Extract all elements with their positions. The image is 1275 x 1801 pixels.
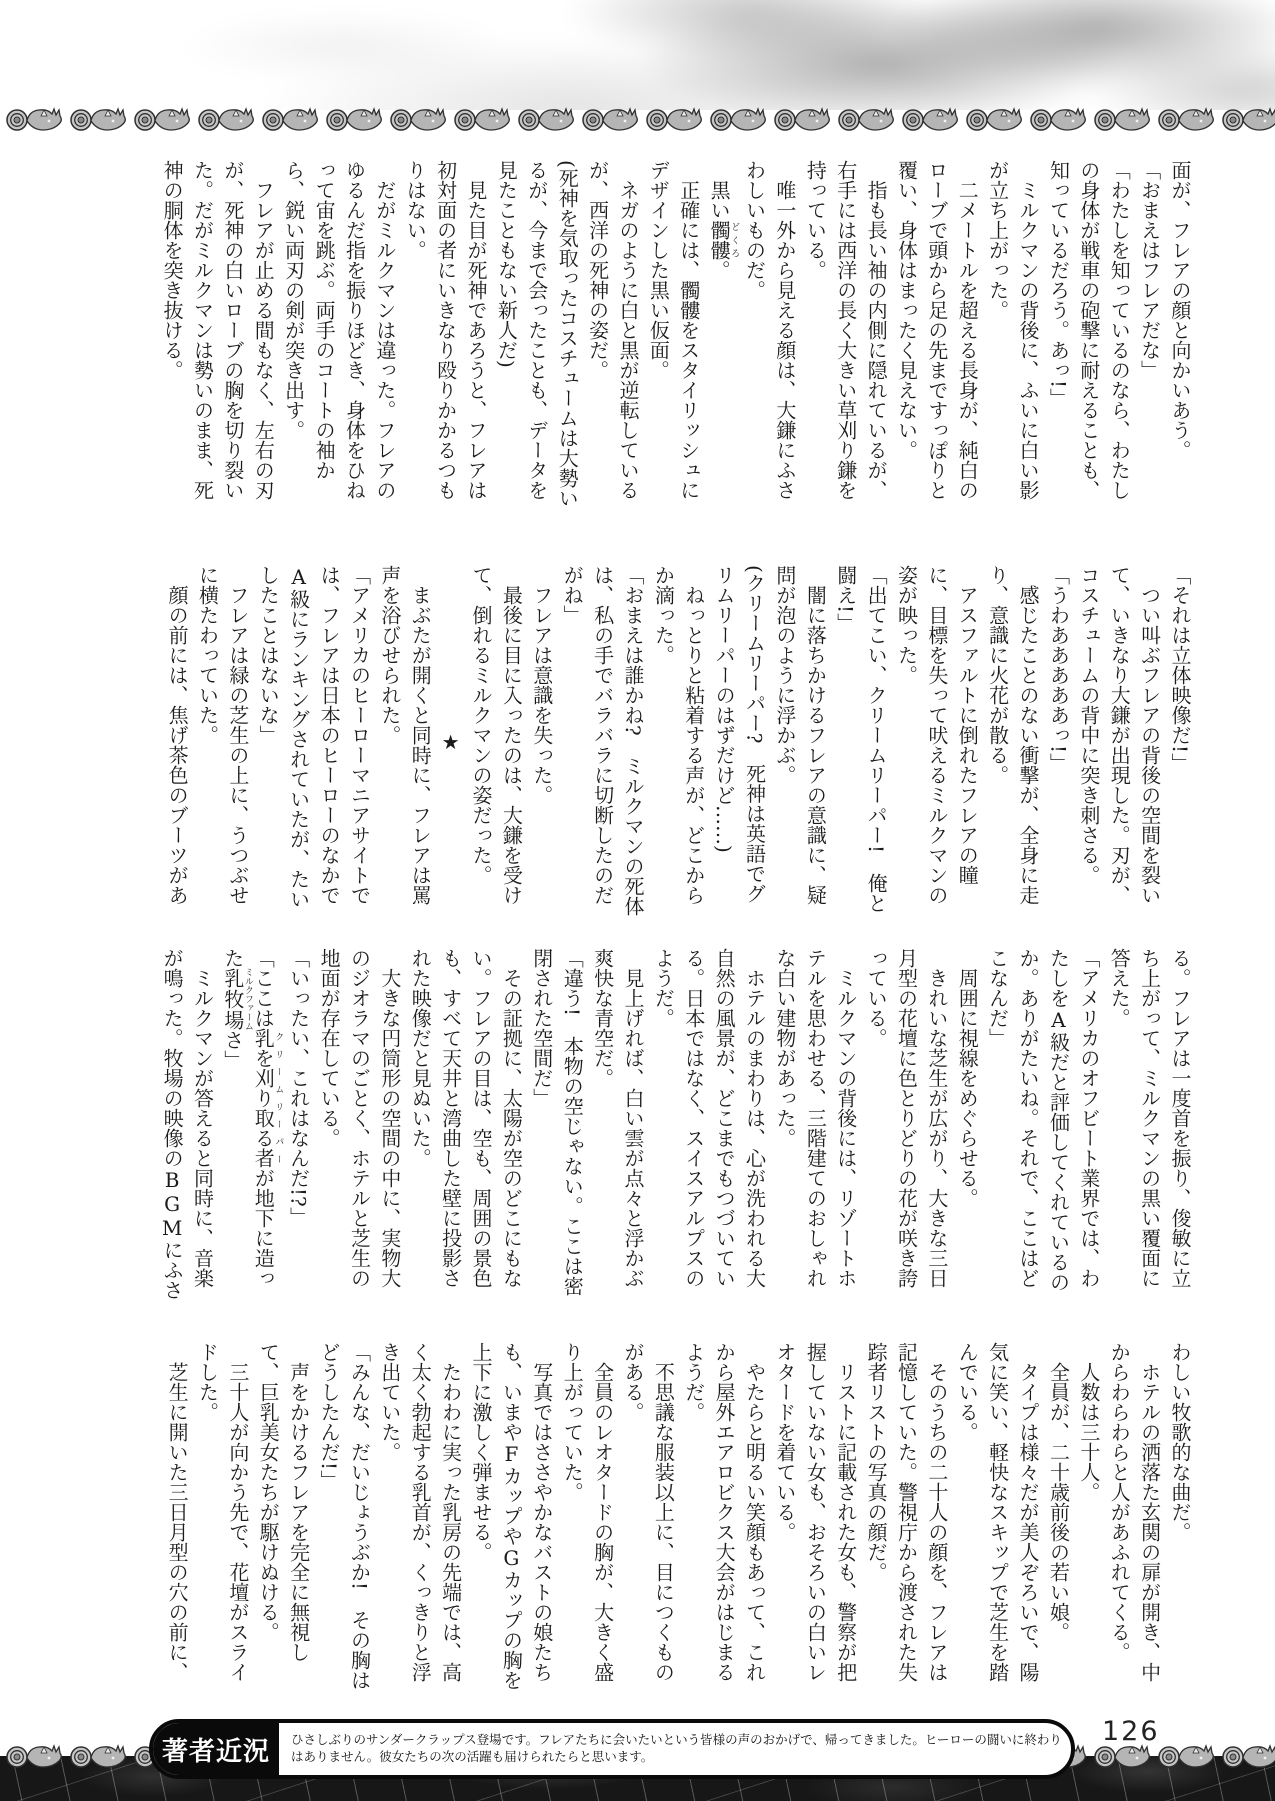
paragraph: 感じたことのない衝撃が、全身に走り、意識に火花が散る。: [982, 565, 1043, 919]
paragraph: フレアは緑の芝生の上に、うつぶせに横たわっていた。: [192, 565, 253, 919]
paragraph: 「うわあああああっ!」: [1043, 565, 1073, 919]
wave-scroll-icon: [1024, 106, 1088, 132]
paragraph: 「違う! 本物の空じゃない。ここは密閉された空間だ」: [526, 948, 587, 1302]
paragraph: ミルクマンが答えると同時に、音楽が鳴った。牧場の映像のBGMにふさ: [157, 948, 218, 1302]
wave-scroll-icon: [192, 106, 256, 132]
paragraph: (死神を気取ったコスチュームは大勢いるが、今まで会ったことも、データを見たことも…: [491, 160, 582, 514]
wave-scroll-icon: [64, 106, 128, 132]
wave-border-top: [0, 106, 1275, 132]
paragraph: 「それは立体映像だ!」: [1165, 565, 1195, 919]
paragraph: 正確には、髑髏をスタイリッシュにデザインした黒い仮面。: [643, 160, 704, 514]
paragraph: フレアが止める間もなく、左右の刃が、死神の白いローブの胸を切り裂いた。だがミルク…: [157, 160, 279, 514]
paragraph: 「いったい、これはなんだ!?」: [283, 948, 313, 1302]
paragraph: 「アメリカのヒーローマニアサイトでは、フレアは日本のヒーローのなかでA級にランキ…: [253, 565, 375, 919]
scene-break-star: ★: [435, 565, 465, 919]
paragraph: ミルクマンの背後に、ふいに白い影が立ち上がった。: [982, 160, 1043, 514]
paragraph: ホテルのまわりは、心が洗われる大自然の風景が、どこまでもつづいている。日本ではな…: [648, 948, 770, 1302]
text-band-4: わしい牧歌的な曲だ。ホテルの洒落た玄関の扉が開き、中からわらわらと人があふれてく…: [157, 1342, 1195, 1696]
paragraph: きれいな芝生が広がり、大きな三日月型の花壇に色とりどりの花が咲き誇っている。: [861, 948, 952, 1302]
wave-scroll-icon: [1088, 1743, 1152, 1769]
paragraph: ネガのように白と黒が逆転しているが、西洋の死神の姿だ。: [582, 160, 643, 514]
wave-scroll-icon: [128, 106, 192, 132]
paragraph: タイプは様々だが美人ぞろいで、陽気に笑い、軽快なスキップで芝生を踏んでいる。: [952, 1342, 1043, 1696]
paragraph: リストに記載された女も、警察が把握していない女も、おそろいの白いレオタードを着て…: [770, 1342, 861, 1696]
paragraph: る。フレアは一度首を振り、俊敏に立ち上がって、ミルクマンの黒い覆面に答えた。: [1104, 948, 1195, 1302]
paragraph: 全員のレオタードの胸が、大きく盛り上がっていた。: [557, 1342, 618, 1696]
wave-scroll-icon: [1088, 106, 1152, 132]
paragraph: 不思議な服装以上に、目につくものがある。: [618, 1342, 679, 1696]
wave-scroll-icon: [64, 1743, 128, 1769]
wave-scroll-icon: [704, 106, 768, 132]
book-page: 面が、フレアの顔と向かいあう。「おまえはフレアだな」「わたしを知っているのなら、…: [0, 0, 1275, 1801]
wave-scroll-icon: [1216, 1743, 1275, 1769]
paragraph: 人数は三十人。: [1073, 1342, 1103, 1696]
wave-scroll-icon: [256, 106, 320, 132]
wave-scroll-icon: [448, 106, 512, 132]
paragraph: まぶたが開くと同時に、フレアは罵声を浴びせられた。: [374, 565, 435, 919]
text-band-2: 「それは立体映像だ!」つい叫ぶフレアの背後の空間を裂いて、いきなり大鎌が出現した…: [157, 565, 1195, 919]
paragraph: 大きな円筒形の空間の中に、実物大のジオラマのごとく、ホテルと芝生の地面が存在して…: [314, 948, 405, 1302]
paragraph: 周囲に視線をめぐらせる。: [952, 948, 982, 1302]
paragraph: つい叫ぶフレアの背後の空間を裂いて、いきなり大鎌が出現した。刃が、コスチュームの…: [1073, 565, 1164, 919]
paragraph: やたらと明るい笑顔もあって、これから屋外エアロビクス大会がはじまるようだ。: [678, 1342, 769, 1696]
paragraph: 見た目が死神であろうと、フレアは初対面の者にいきなり殴りかかるつもりはない。: [400, 160, 491, 514]
paragraph: ホテルの洒落た玄関の扉が開き、中からわらわらと人があふれてくる。: [1104, 1342, 1165, 1696]
wave-scroll-icon: [768, 106, 832, 132]
paragraph: 三十人が向かう先で、花壇がスライドした。: [192, 1342, 253, 1696]
wave-scroll-icon: [576, 106, 640, 132]
author-note-text: ひさしぶりのサンダークラップス登場です。フレアたちに会いたいという皆様の声のおか…: [279, 1723, 1072, 1775]
author-note-line2: はありません。彼女たちの次の活躍も届けられたらと思います。: [291, 1749, 1062, 1766]
paragraph: フレアは意識を失った。: [526, 565, 556, 919]
author-note-label: 著者近況: [153, 1723, 279, 1775]
paragraph: 芝生に開いた三日月型の穴の前に、: [162, 1342, 192, 1696]
wave-scroll-icon: [384, 106, 448, 132]
paragraph: 二メートルを超える長身が、純白のローブで頭から足の先まですっぽりと覆い、身体はま…: [891, 160, 982, 514]
paragraph: 見上げれば、白い雲が点々と浮かぶ爽快な青空だ。: [587, 948, 648, 1302]
paragraph: 顔の前には、焦げ茶色のブーツがあ: [162, 565, 192, 919]
wave-scroll-icon: [640, 106, 704, 132]
paragraph: 「わたしを知っているのなら、わたしの身体が戦車の砲撃に耐えることも、知っているだ…: [1043, 160, 1134, 514]
paragraph: 「出てこい、クリームリーパー! 俺と闘え!」: [830, 565, 891, 919]
paragraph: ねっとりと粘着する声が、どこからか滴った。: [648, 565, 709, 919]
wave-scroll-icon: [960, 106, 1024, 132]
wave-scroll-icon: [512, 106, 576, 132]
paragraph: その証拠に、太陽が空のどこにもない。フレアの目は、空も、周囲の景色も、すべて天井…: [405, 948, 527, 1302]
paragraph: だがミルクマンは違った。フレアのゆるんだ指を振りほどき、身体をひねって宙を跳ぶ。…: [278, 160, 400, 514]
paragraph: わしい牧歌的な曲だ。: [1165, 1342, 1195, 1696]
paragraph: (クリームリーパー? 死神は英語でグリムリーパーのはずだけど……): [709, 565, 770, 919]
paragraph: 声をかけるフレアを完全に無視して、巨乳美女たちが駆けぬける。: [253, 1342, 314, 1696]
paragraph: 指も長い袖の内側に隠れているが、右手には西洋の長く大きい草刈り鎌を持っている。: [800, 160, 891, 514]
wave-scroll-icon: [1216, 106, 1275, 132]
wave-scroll-icon: [320, 106, 384, 132]
paragraph: 「おまえは誰かね? ミルクマンの死体は、私の手でバラバラに切断したのだがね」: [557, 565, 648, 919]
author-note-line1: ひさしぶりのサンダークラップス登場です。フレアたちに会いたいという皆様の声のおか…: [291, 1732, 1062, 1749]
text-band-3: る。フレアは一度首を振り、俊敏に立ち上がって、ミルクマンの黒い覆面に答えた。「ア…: [157, 948, 1195, 1302]
paragraph: 「みんな、だいじょうぶか! その胸はどうしたんだ!」: [314, 1342, 375, 1696]
paragraph: 「アメリカのオフビート業界では、わたしをA級だと評価してくれているのか。ありがた…: [982, 948, 1104, 1302]
paragraph: アスファルトに倒れたフレアの瞳に、目標を失って吠えるミルクマンの姿が映った。: [891, 565, 982, 919]
wave-scroll-icon: [896, 106, 960, 132]
paragraph: 黒い髑髏どくろ。: [704, 160, 739, 514]
wave-scroll-icon: [0, 106, 64, 132]
paragraph: たわわに実った乳房の先端では、高く太く勃起する乳首が、くっきりと浮き出ていた。: [374, 1342, 465, 1696]
paragraph: 写真ではささやかなバストの娘たちも、いまやFカップやGカップの胸を上下に激しく弾…: [466, 1342, 557, 1696]
author-note-bubble: 著者近況 ひさしぶりのサンダークラップス登場です。フレアたちに会いたいという皆様…: [149, 1719, 1075, 1779]
paragraph: 全員が、二十歳前後の若い娘。: [1043, 1342, 1073, 1696]
cloud-smoke: [0, 0, 1275, 110]
wave-scroll-icon: [0, 1743, 64, 1769]
wave-scroll-icon: [1152, 106, 1216, 132]
cloud-texture: [0, 0, 1275, 110]
wave-scroll-icon: [1152, 1743, 1216, 1769]
paragraph: 面が、フレアの顔と向かいあう。: [1165, 160, 1195, 514]
paragraph: 最後に目に入ったのは、大鎌を受けて、倒れるミルクマンの姿だった。: [466, 565, 527, 919]
paragraph: そのうちの二十人の顔を、フレアは記憶していた。警視庁から渡された失踪者リストの写…: [861, 1342, 952, 1696]
wave-scroll-icon: [832, 106, 896, 132]
paragraph: 闇に落ちかけるフレアの意識に、疑問が泡のように浮かぶ。: [770, 565, 831, 919]
paragraph: 「ここは乳を刈り取る者クリームリーパーが地下に造った乳牧場ミルクファームさ」: [218, 948, 284, 1302]
paragraph: ミルクマンの背後には、リゾートホテルを思わせる、三階建てのおしゃれな白い建物があ…: [770, 948, 861, 1302]
paragraph: 唯一外から見える顔は、大鎌にふさわしいものだ。: [739, 160, 800, 514]
text-band-1: 面が、フレアの顔と向かいあう。「おまえはフレアだな」「わたしを知っているのなら、…: [157, 160, 1195, 514]
paragraph: 「おまえはフレアだな」: [1134, 160, 1164, 514]
